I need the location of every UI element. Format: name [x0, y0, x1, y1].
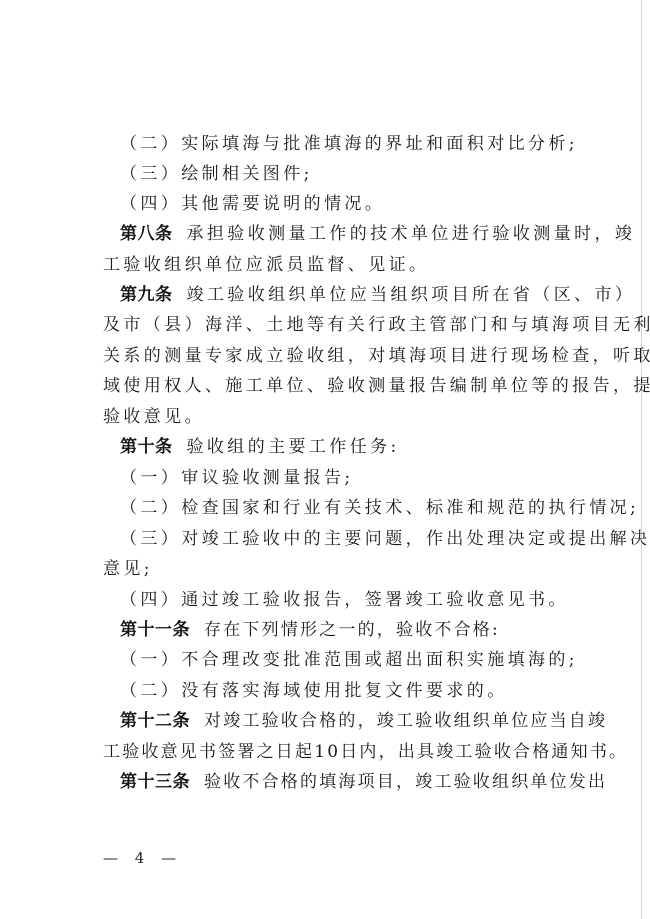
- article-heading: 第九条: [120, 285, 173, 305]
- text-line: （四）通过竣工验收报告，签署竣工验收意见书。: [120, 585, 569, 615]
- line-text: 及市（县）海洋、土地等有关行政主管部门和与填海项目无利害: [103, 315, 650, 335]
- text-line: （二）实际填海与批准填海的界址和面积对比分析;: [120, 129, 578, 159]
- text-line: 域使用权人、施工单位、验收测量报告编制单位等的报告，提出: [103, 371, 650, 401]
- text-line: （四）其他需要说明的情况。: [120, 189, 385, 219]
- line-text: （二）检查国家和行业有关技术、标准和规范的执行情况;: [120, 498, 639, 518]
- text-line: （二）检查国家和行业有关技术、标准和规范的执行情况;: [120, 493, 639, 523]
- article-heading: 第十三条: [120, 772, 190, 792]
- line-text: 对竣工验收合格的，竣工验收组织单位应当自竣: [204, 711, 607, 731]
- line-text: （三）绘制相关图件;: [120, 164, 313, 184]
- text-line: 关系的测量专家成立验收组，对填海项目进行现场检查，听取海: [103, 341, 650, 371]
- article-13-line: 第十三条验收不合格的填海项目，竣工验收组织单位发出: [120, 767, 607, 797]
- line-text: 验收不合格的填海项目，竣工验收组织单位发出: [204, 772, 607, 792]
- article-heading: 第十一条: [120, 620, 190, 640]
- article-12-line: 第十二条对竣工验收合格的，竣工验收组织单位应当自竣: [120, 706, 607, 736]
- line-text: （二）实际填海与批准填海的界址和面积对比分析;: [120, 134, 578, 154]
- text-line: （一）审议验收测量报告;: [120, 463, 354, 493]
- text-line: 验收意见。: [103, 402, 205, 432]
- line-text: 验收意见。: [103, 407, 205, 427]
- text-line: 意见;: [103, 554, 153, 584]
- article-heading: 第十条: [120, 437, 173, 457]
- text-line: 及市（县）海洋、土地等有关行政主管部门和与填海项目无利害: [103, 310, 650, 340]
- line-text: 工验收组织单位应派员监督、见证。: [103, 255, 429, 275]
- text-line: （一）不合理改变批准范围或超出面积实施填海的;: [120, 645, 578, 675]
- article-8-line: 第八条承担验收测量工作的技术单位进行验收测量时，竣: [120, 219, 635, 249]
- page-edge-line: [641, 0, 642, 919]
- text-line: （三）对竣工验收中的主要问题，作出处理决定或提出解决: [120, 524, 650, 554]
- line-text: 竣工验收组织单位应当组织项目所在省（区、市）: [187, 285, 636, 305]
- text-line: （二）没有落实海域使用批复文件要求的。: [120, 676, 508, 706]
- line-text: （二）没有落实海域使用批复文件要求的。: [120, 681, 508, 701]
- line-text: （一）审议验收测量报告;: [120, 468, 354, 488]
- article-11-line: 第十一条存在下列情形之一的，验收不合格:: [120, 615, 500, 645]
- line-text: （四）其他需要说明的情况。: [120, 194, 385, 214]
- text-line: 工验收组织单位应派员监督、见证。: [103, 250, 429, 280]
- line-text: 存在下列情形之一的，验收不合格:: [204, 620, 500, 640]
- article-heading: 第八条: [120, 224, 173, 244]
- text-line: （三）绘制相关图件;: [120, 159, 313, 189]
- article-heading: 第十二条: [120, 711, 190, 731]
- line-text: 意见;: [103, 559, 153, 579]
- line-text: 关系的测量专家成立验收组，对填海项目进行现场检查，听取海: [103, 346, 650, 366]
- line-text: （一）不合理改变批准范围或超出面积实施填海的;: [120, 650, 578, 670]
- line-text: 承担验收测量工作的技术单位进行验收测量时，竣: [187, 224, 636, 244]
- line-text: （三）对竣工验收中的主要问题，作出处理决定或提出解决: [120, 529, 650, 549]
- line-text: （四）通过竣工验收报告，签署竣工验收意见书。: [120, 590, 569, 610]
- article-9-line: 第九条竣工验收组织单位应当组织项目所在省（区、市）: [120, 280, 635, 310]
- line-text: 工验收意见书签署之日起10日内，出具竣工验收合格通知书。: [103, 742, 628, 762]
- article-10-line: 第十条验收组的主要工作任务:: [120, 432, 400, 462]
- page-number: — 4 —: [103, 848, 182, 868]
- line-text: 域使用权人、施工单位、验收测量报告编制单位等的报告，提出: [103, 376, 650, 396]
- text-line: 工验收意见书签署之日起10日内，出具竣工验收合格通知书。: [103, 737, 628, 767]
- line-text: 验收组的主要工作任务:: [187, 437, 400, 457]
